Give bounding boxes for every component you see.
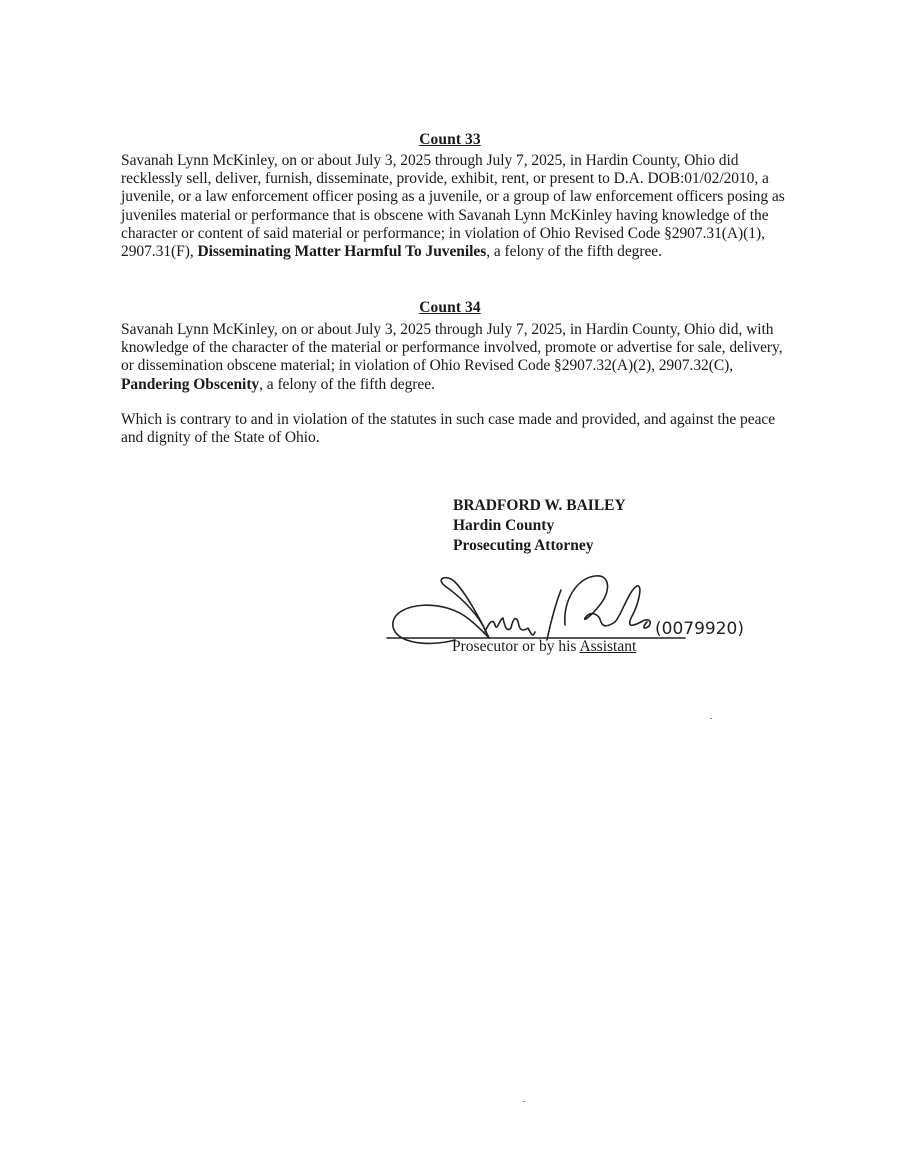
prosecutor-county: Hardin County [453, 516, 626, 536]
handwritten-id: (0079920) [655, 619, 744, 639]
count-34-tail: , a felony of the fifth degree. [259, 376, 435, 393]
caption-prefix: Prosecutor or by his [452, 638, 579, 655]
caption-assistant: Assistant [579, 638, 636, 655]
count-33-offense: Disseminating Matter Harmful To Juvenile… [197, 243, 486, 260]
prosecutor-title: Prosecuting Attorney [453, 536, 626, 556]
prosecutor-name: BRADFORD W. BAILEY [453, 496, 626, 516]
count-34-text: Savanah Lynn McKinley, on or about July … [121, 321, 785, 394]
count-33-heading: Count 33 [120, 131, 780, 149]
prosecutor-block: BRADFORD W. BAILEY Hardin County Prosecu… [453, 496, 626, 556]
signature-caption: Prosecutor or by his Assistant [452, 638, 636, 656]
count-33-tail: , a felony of the fifth degree. [486, 243, 662, 260]
scan-speck [710, 718, 712, 719]
closing-statement: Which is contrary to and in violation of… [121, 411, 785, 447]
count-34-heading: Count 34 [120, 299, 780, 317]
count-34-body: Savanah Lynn McKinley, on or about July … [121, 321, 783, 374]
count-33-text: Savanah Lynn McKinley, on or about July … [121, 152, 785, 261]
document-page: Count 33 Savanah Lynn McKinley, on or ab… [0, 0, 898, 1170]
scan-speck [523, 1101, 525, 1102]
count-34-offense: Pandering Obscenity [121, 376, 259, 393]
